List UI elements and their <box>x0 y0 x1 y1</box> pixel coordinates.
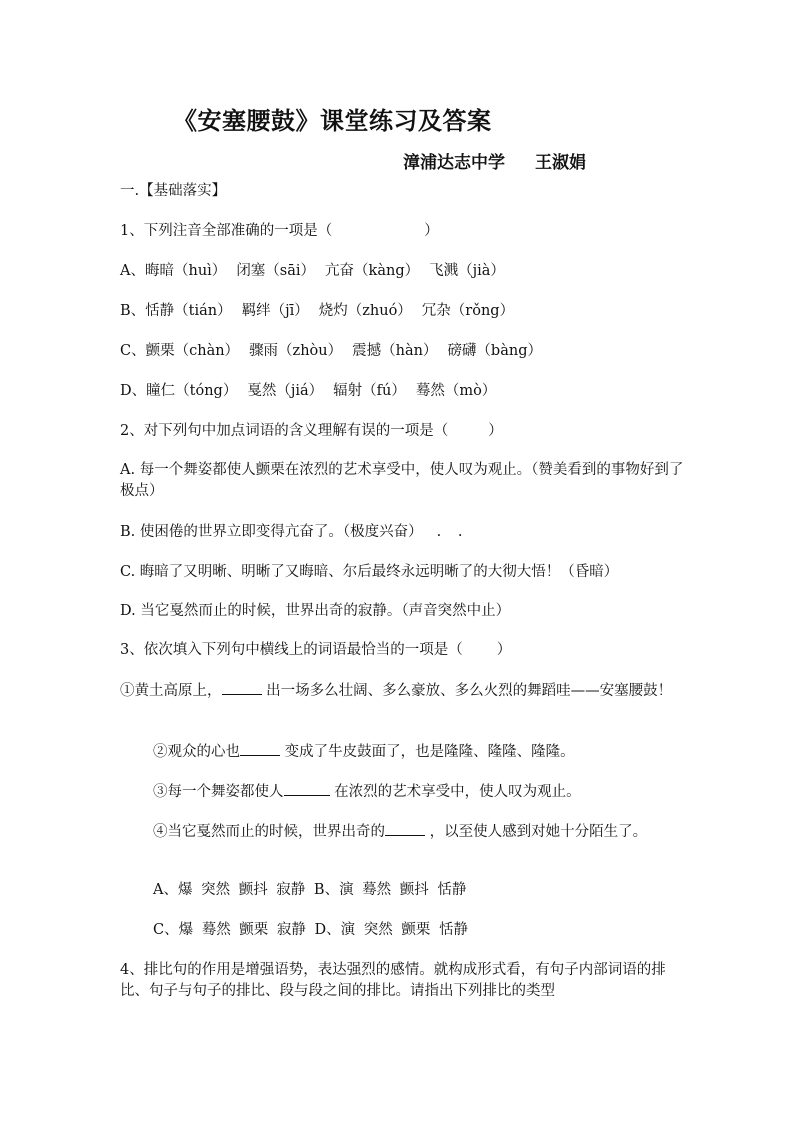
question-stem-text: 3、依次填入下列句中横线上的词语最恰当的一项是（ <box>120 642 463 658</box>
question-3-choices-ab: A、爆 突然 颤抖 寂静 B、演 蓦然 颤抖 恬静 <box>153 880 466 900</box>
question-2-option-b: B. 使困倦的世界立即变得亢奋了。（极度兴奋）. . <box>120 522 468 542</box>
option-label: D、 <box>120 383 146 399</box>
question-stem-text: 2、对下列句中加点词语的含义理解有误的一项是（ <box>120 423 448 439</box>
question-3-sentence-2: ②观众的心也 变成了牛皮鼓面了，也是隆隆、隆隆、隆隆。 <box>153 741 575 762</box>
sentence-text: ，以至使人感到对她十分陌生了。 <box>425 824 647 840</box>
author-name: 王淑娟 <box>535 153 586 173</box>
option-item: 闭塞（sāi） <box>236 263 315 279</box>
document-title: 《安塞腰鼓》课堂练习及答案 <box>173 101 492 136</box>
question-3-sentence-4: ④当它戛然而止的时候，世界出奇的 ，以至使人感到对她十分陌生了。 <box>120 821 690 843</box>
question-stem-text: 1、下列注音全部准确的一项是（ <box>120 223 332 239</box>
option-dots: . . <box>437 524 469 540</box>
section-heading: 一.【基础落实】 <box>120 181 226 201</box>
question-stem-end: ） <box>497 642 512 658</box>
question-3-choices-cd: C、爆 蓦然 颤栗 寂静 D、演 突然 颤栗 恬静 <box>153 920 468 940</box>
question-1-option-c: C、颤栗（chàn）骤雨（zhòu）震撼（hàn）磅礴（bàng） <box>120 341 542 361</box>
option-item: 冗杂（rǒng） <box>422 303 514 319</box>
author-line: 漳浦达志中学王淑娟 <box>403 148 586 173</box>
option-item: 烧灼（zhuó） <box>319 303 412 319</box>
option-item: 蓦然（mò） <box>416 383 496 399</box>
fill-blank <box>222 680 262 695</box>
sentence-text: ①黄土高原上， <box>120 683 222 699</box>
sentence-text: 在浓烈的艺术享受中，使人叹为观止。 <box>330 784 581 800</box>
question-2-stem: 2、对下列句中加点词语的含义理解有误的一项是（） <box>120 421 503 441</box>
question-2-option-c: C. 晦暗了又明晰、明晰了又晦暗、尔后最终永远明晰了的大彻大悟！（昏暗） <box>120 562 618 582</box>
question-4-text: 4、排比句的作用是增强语势，表达强烈的感情。就构成形式看，有句子内部词语的排比、… <box>120 960 690 1002</box>
option-label: C、 <box>120 343 146 359</box>
question-stem-end: ） <box>488 423 503 439</box>
sentence-text: ③每一个舞姿都使人 <box>153 784 284 800</box>
option-item: 飞溅（jià） <box>429 263 505 279</box>
question-3-stem: 3、依次填入下列句中横线上的词语最恰当的一项是（） <box>120 640 511 660</box>
option-item: 戛然（jiá） <box>247 383 323 399</box>
option-item: 辐射（fú） <box>333 383 406 399</box>
option-item: 骤雨（zhòu） <box>249 343 342 359</box>
option-item: 瞳仁（tóng） <box>146 383 237 399</box>
question-1-option-a: A、晦暗（huì）闭塞（sāi）亢奋（kàng）飞溅（jià） <box>120 261 505 281</box>
sentence-text: ②观众的心也 <box>153 744 240 760</box>
school-name: 漳浦达志中学 <box>403 153 505 173</box>
option-text: B. 使困倦的世界立即变得亢奋了。（极度兴奋） <box>120 524 423 540</box>
option-item: 恬静（tián） <box>145 303 231 319</box>
option-item: 磅礴（bàng） <box>447 343 542 359</box>
option-item: 震撼（hàn） <box>352 343 437 359</box>
fill-blank <box>284 781 330 796</box>
option-label: A、 <box>120 263 145 279</box>
option-item: 颤栗（chàn） <box>146 343 239 359</box>
sentence-text: 变成了牛皮鼓面了，也是隆隆、隆隆、隆隆。 <box>280 744 575 760</box>
fill-blank <box>240 741 280 756</box>
option-item: 晦暗（huì） <box>145 263 226 279</box>
option-label: B、 <box>120 303 145 319</box>
question-2-option-a: A. 每一个舞姿都使人颤栗在浓烈的艺术享受中，使人叹为观止。（赞美看到的事物好到… <box>120 460 690 502</box>
sentence-text: ④当它戛然而止的时候，世界出奇的 <box>153 824 385 840</box>
question-2-option-d: D. 当它戛然而止的时候，世界出奇的寂静。（声音突然中止） <box>120 601 510 621</box>
fill-blank <box>385 821 425 836</box>
sentence-text: 出一场多么壮阔、多么豪放、多么火烈的舞蹈哇——安塞腰鼓！ <box>262 683 673 699</box>
document-page: 《安塞腰鼓》课堂练习及答案 漳浦达志中学王淑娟 一.【基础落实】 1、下列注音全… <box>0 0 800 1132</box>
question-1-stem: 1、下列注音全部准确的一项是（） <box>120 221 439 241</box>
question-stem-end: ） <box>424 223 439 239</box>
question-1-option-b: B、恬静（tián）羁绊（jī）烧灼（zhuó）冗杂（rǒng） <box>120 301 514 321</box>
option-item: 羁绊（jī） <box>242 303 309 319</box>
question-3-sentence-3: ③每一个舞姿都使人 在浓烈的艺术享受中，使人叹为观止。 <box>153 781 581 802</box>
question-1-option-d: D、瞳仁（tóng）戛然（jiá）辐射（fú）蓦然（mò） <box>120 381 496 401</box>
question-3-sentence-1: ①黄土高原上， 出一场多么壮阔、多么豪放、多么火烈的舞蹈哇——安塞腰鼓！ <box>120 680 690 702</box>
option-item: 亢奋（kàng） <box>325 263 419 279</box>
